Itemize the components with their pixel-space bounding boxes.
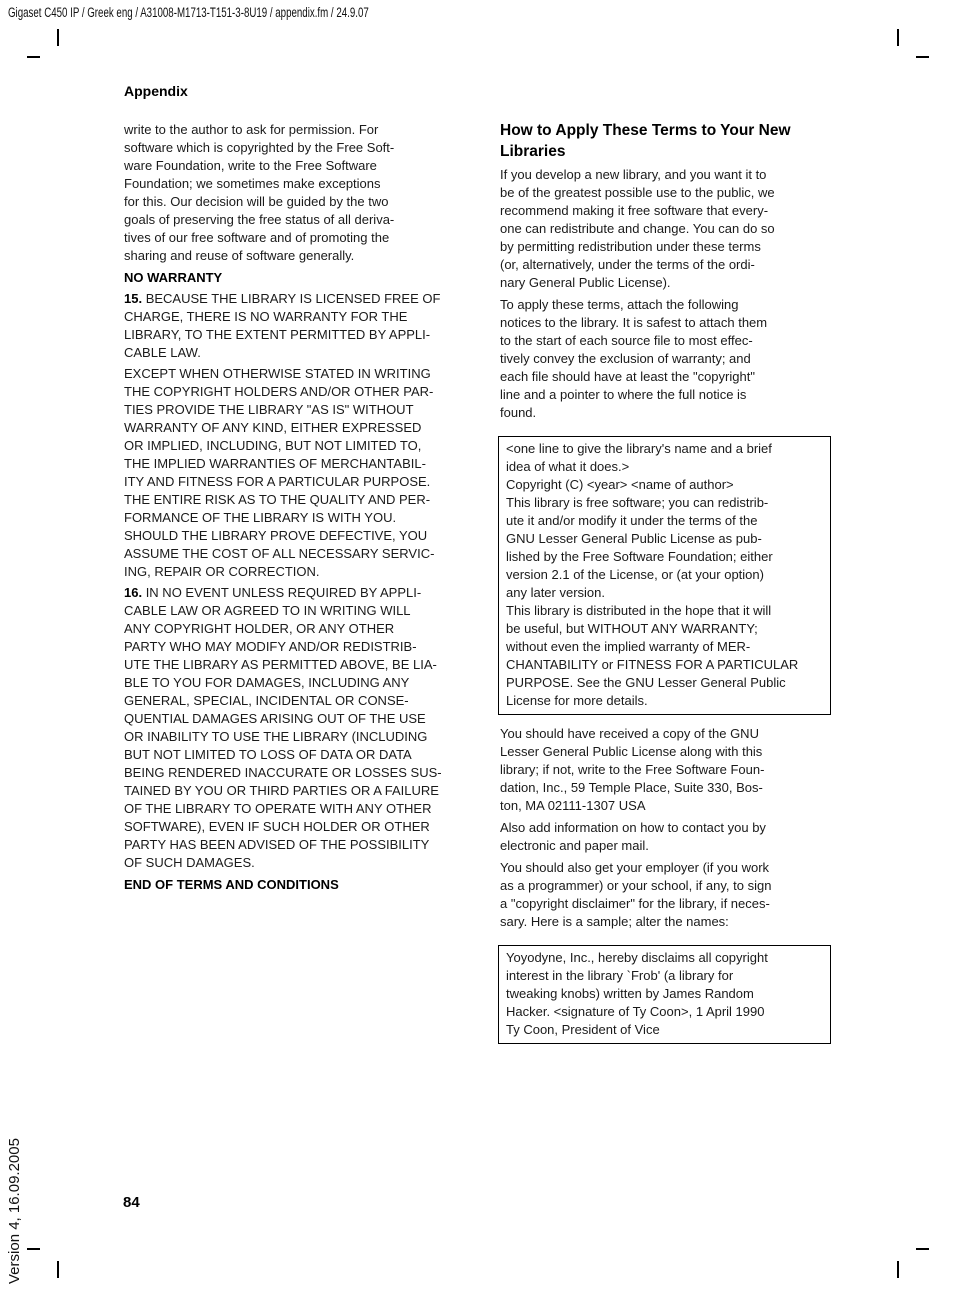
crop-mark-bottom-left-vertical [57,1261,59,1278]
clause-15-paragraph: 15. BECAUSE THE LIBRARY IS LICENSED FREE… [124,290,476,362]
crop-mark-bottom-right-vertical [897,1261,899,1278]
clause-16-number: 16. [124,585,142,600]
page-number: 84 [123,1194,140,1211]
crop-mark-bottom-left-horizontal [27,1248,40,1250]
contact-info-paragraph: Also add information on how to contact y… [500,819,852,855]
right-column: How to Apply These Terms to Your New Lib… [500,121,852,1044]
document-page: Gigaset C450 IP / Greek eng / A31008-M17… [0,0,954,1307]
section-label: Appendix [124,83,188,99]
clause-16-paragraph: 16. IN NO EVENT UNLESS REQUIRED BY APPLI… [124,584,476,872]
clause-15-number: 15. [124,291,142,306]
attach-notices-paragraph: To apply these terms, attach the followi… [500,296,852,422]
clause-15-text: BECAUSE THE LIBRARY IS LICENSED FREE OF … [124,291,440,360]
employer-sign-paragraph: You should also get your employer (if yo… [500,859,852,931]
crop-mark-top-left-horizontal [27,56,40,58]
intro-paragraph: write to the author to ask for permissio… [124,121,476,265]
license-notice-box: <one line to give the library's name and… [498,436,831,715]
clause-16-text: IN NO EVENT UNLESS REQUIRED BY APPLI- CA… [124,585,442,870]
crop-mark-top-right-horizontal [916,56,929,58]
crop-mark-top-right-vertical [897,29,899,46]
no-warranty-heading: NO WARRANTY [124,269,476,287]
apply-intro-paragraph: If you develop a new library, and you wa… [500,166,852,292]
crop-mark-bottom-right-horizontal [916,1248,929,1250]
left-column: write to the author to ask for permissio… [124,121,476,894]
copyright-disclaimer-box: Yoyodyne, Inc., hereby disclaims all cop… [498,945,831,1044]
clause-15-continuation: EXCEPT WHEN OTHERWISE STATED IN WRITING … [124,365,476,581]
document-header: Gigaset C450 IP / Greek eng / A31008-M17… [8,5,369,20]
apply-terms-heading: How to Apply These Terms to Your New Lib… [500,121,852,162]
crop-mark-top-left-vertical [57,29,59,46]
received-copy-paragraph: You should have received a copy of the G… [500,725,852,815]
version-side-note: Version 4, 16.09.2005 [6,1138,23,1284]
end-of-terms-heading: END OF TERMS AND CONDITIONS [124,876,476,894]
